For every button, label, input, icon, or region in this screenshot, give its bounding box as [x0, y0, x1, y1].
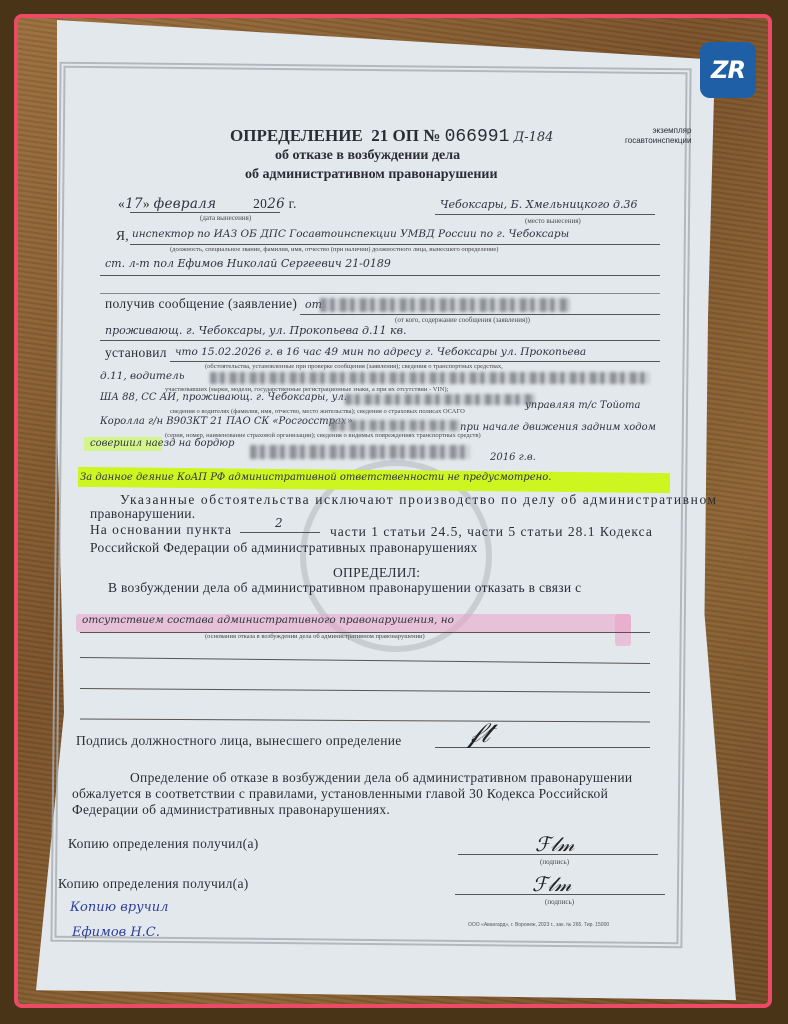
copy-label: экземпляр госавтоинспекции	[625, 126, 691, 146]
copy-label-1: экземпляр	[625, 126, 691, 136]
redacted-policy	[330, 420, 460, 431]
doc-title: ОПРЕДЕЛЕНИЕ 21 ОП № 066991 Д-184	[230, 126, 553, 147]
copy-signature-2: ℱ𝓁𝓂	[532, 872, 571, 896]
circumstances-text-2: правонарушении.	[90, 506, 195, 522]
established-line-7: За данное деяние КоАП РФ административно…	[80, 472, 551, 483]
established-line-4-end: управляя т/с Тойота	[525, 400, 640, 411]
circumstances-text-1: Указанные обстоятельства исключают произ…	[120, 492, 718, 508]
established-caption-3: сведения о водителях (фамилия, имя, отче…	[170, 408, 465, 415]
handwritten-note-1: Копию вручил	[70, 900, 168, 915]
year-unit: г.	[289, 196, 297, 211]
document: ОПРЕДЕЛЕНИЕ 21 ОП № 066991 Д-184 экземпл…	[0, 0, 788, 1024]
officer-line-1: инспектор по ИАЗ ОБ ДПС Госавтоинспекции…	[132, 228, 569, 240]
redacted-damage	[250, 445, 470, 459]
redacted-sender	[320, 298, 570, 312]
basis-value: 2	[275, 516, 283, 530]
appeal-line-3: Федерации об административных правонаруш…	[72, 802, 390, 818]
copy-received-label-1: Копию определения получил(а)	[68, 836, 259, 852]
highlight-pink-tail	[615, 614, 631, 646]
established-line-3: ША 88, СС АИ, проживающ. г. Чебоксары, у…	[100, 392, 347, 403]
officer-line-2: ст. л-т пол Ефимов Николай Сергеевич 21-…	[105, 257, 391, 270]
title-text: ОПРЕДЕЛЕНИЕ	[230, 126, 363, 145]
reason-caption: (основания отказа в возбуждении дела об …	[205, 633, 425, 640]
year-prefix: 20	[253, 196, 267, 211]
officer-signature: 𝒻𝓉	[468, 716, 490, 750]
place-caption: (место вынесения)	[525, 217, 581, 225]
basis-prefix: На основании пункта	[90, 522, 232, 538]
handwritten-code: Д-184	[514, 130, 554, 145]
established-line-2: д.11, водитель	[100, 370, 184, 382]
decision-text: В возбуждении дела об административном п…	[108, 580, 581, 596]
date-day: 17	[125, 196, 143, 212]
established-line-4: Королла г/н В903КТ 21 ПАО СК «Росгосстра…	[100, 416, 353, 427]
copy-received-label-2: Копию определения получил(а)	[58, 876, 249, 892]
place-value: Чебоксары, Б. Хмельницкого д.36	[440, 198, 638, 211]
established-line-6: совершил наезд на бордюр	[90, 438, 234, 449]
basis-suffix: части 1 статьи 24.5, части 5 статьи 28.1…	[330, 524, 653, 540]
officer-prefix: Я,	[116, 228, 129, 244]
subtitle-2: об административном правонарушении	[245, 167, 498, 183]
redacted-driver	[345, 394, 535, 405]
logo-text: ZR	[711, 56, 745, 84]
doc-number: 066991	[445, 127, 510, 147]
established-line-1: что 15.02.2026 г. в 16 час 49 мин по адр…	[175, 346, 586, 358]
appeal-line-1: Определение об отказе в возбуждении дела…	[130, 770, 632, 786]
copy-label-2: госавтоинспекции	[625, 136, 691, 146]
subtitle-1: об отказе в возбуждении дела	[275, 148, 460, 164]
date-caption: (дата вынесения)	[200, 214, 251, 222]
series-text: 21 ОП №	[371, 126, 440, 145]
established-line-6-end: 2016 г.в.	[490, 452, 536, 463]
printer-info: ООО «Авангард», г. Воронеж, 2023 г., зак…	[468, 922, 609, 928]
established-label: установил	[105, 345, 167, 361]
copy-caption-1: (подпись)	[540, 858, 569, 866]
handwritten-note-2: Ефимов Н.С.	[72, 925, 160, 940]
date-month: февраля	[154, 196, 217, 212]
message-line-2: проживающ. г. Чебоксары, ул. Прокопьева …	[105, 324, 406, 337]
decision-reason: отсутствием состава административного пр…	[82, 614, 454, 626]
year-suffix: 26	[267, 196, 285, 212]
established-caption-1: (обстоятельства, установленные при прове…	[205, 363, 503, 370]
copy-caption-2: (подпись)	[545, 898, 574, 906]
signature-label: Подпись должностного лица, вынесшего опр…	[76, 733, 402, 749]
appeal-line-2: обжалуется в соответствии с правилами, у…	[72, 786, 608, 802]
redacted-vehicle	[210, 372, 650, 384]
message-label: получив сообщение (заявление)	[105, 296, 297, 312]
date-row: «17» февраля 2026 г.	[118, 196, 297, 212]
established-line-5-end: при начале движения задним ходом	[460, 422, 656, 433]
message-caption: (от кого, содержание сообщения (заявлени…	[395, 316, 530, 324]
zr-logo: ZR	[700, 42, 756, 98]
decision-heading: ОПРЕДЕЛИЛ:	[333, 565, 420, 581]
officer-caption: (должность, специальное звание, фамилия,…	[170, 246, 498, 253]
basis-line-2: Российской Федерации об административных…	[90, 540, 478, 556]
copy-signature-1: ℱ𝓁𝓂	[535, 832, 574, 856]
